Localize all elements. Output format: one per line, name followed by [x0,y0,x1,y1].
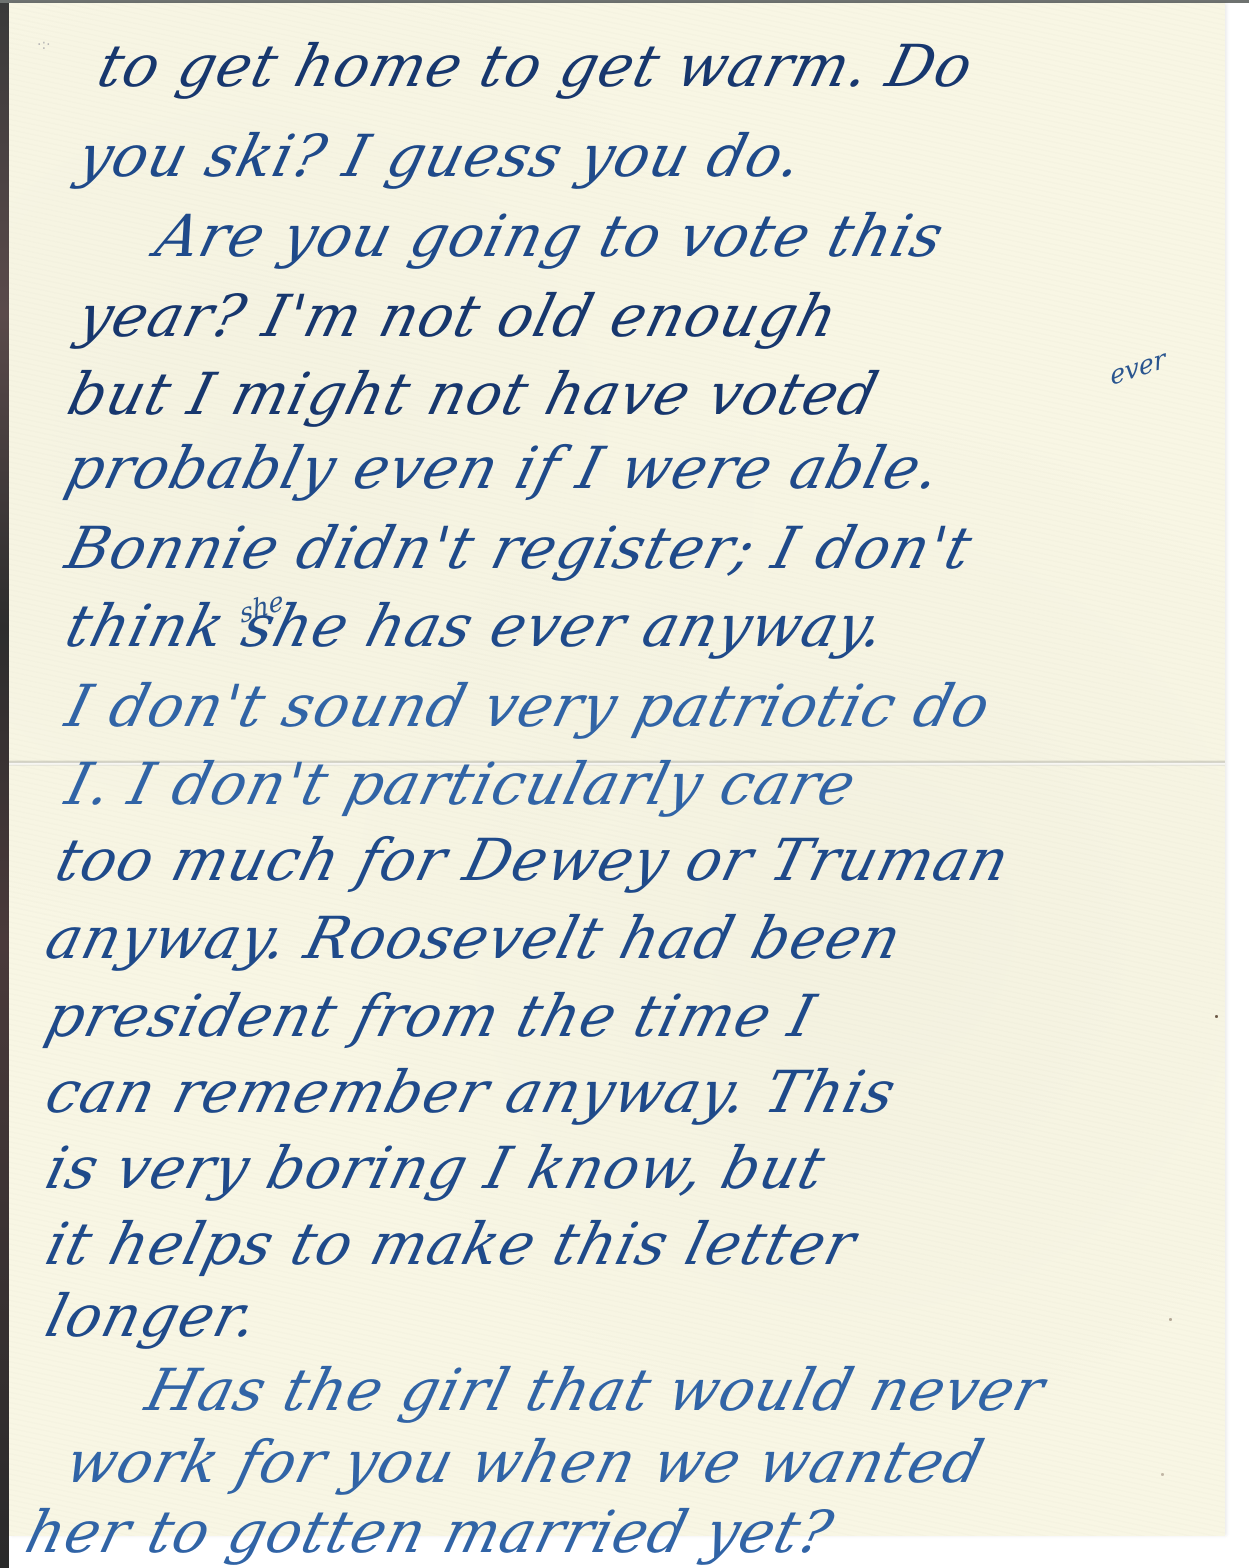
letter-line: can remember anyway. This [39,1057,904,1127]
letter-line: longer. [39,1281,266,1351]
letter-line: it helps to make this letter [39,1209,863,1279]
letter-line: anyway. Roosevelt had been [39,903,909,973]
scanned-letter: ·:· to get home to get warm. Do you ski?… [0,0,1249,1568]
letter-line: you ski? I guess you do. [71,121,810,191]
letter-line: Has the girl that would never [139,1355,1052,1425]
handwritten-text-body: to get home to get warm. Do you ski? I g… [9,3,1225,1536]
letter-line: I. I don't particularly care [59,749,864,819]
letter-paper: ·:· to get home to get warm. Do you ski?… [9,3,1225,1536]
paper-speck [1215,1015,1218,1018]
letter-line: too much for Dewey or Truman [49,825,1017,895]
letter-line: her to gotten married yet? [19,1497,841,1567]
letter-line: I don't sound very patriotic do [59,671,998,741]
letter-line: work for you when we wanted [59,1427,991,1497]
inserted-word: ever [1108,344,1167,392]
scanner-edge [0,0,9,1568]
letter-line: to get home to get warm. Do [91,31,980,101]
paper-speck [1161,1473,1164,1476]
letter-line: year? I'm not old enough [71,281,845,351]
letter-line: Are you going to vote this [149,201,951,271]
letter-line: but I might not have voted [61,359,886,429]
letter-line: probably even if I were able. [59,433,948,503]
letter-line: president from the time I [39,981,823,1051]
letter-line: Bonnie didn't register; I don't [59,513,980,583]
letter-line: think she has ever anyway. [59,591,893,661]
letter-line: is very boring I know, but [39,1133,833,1203]
paper-speck [1169,1318,1172,1321]
